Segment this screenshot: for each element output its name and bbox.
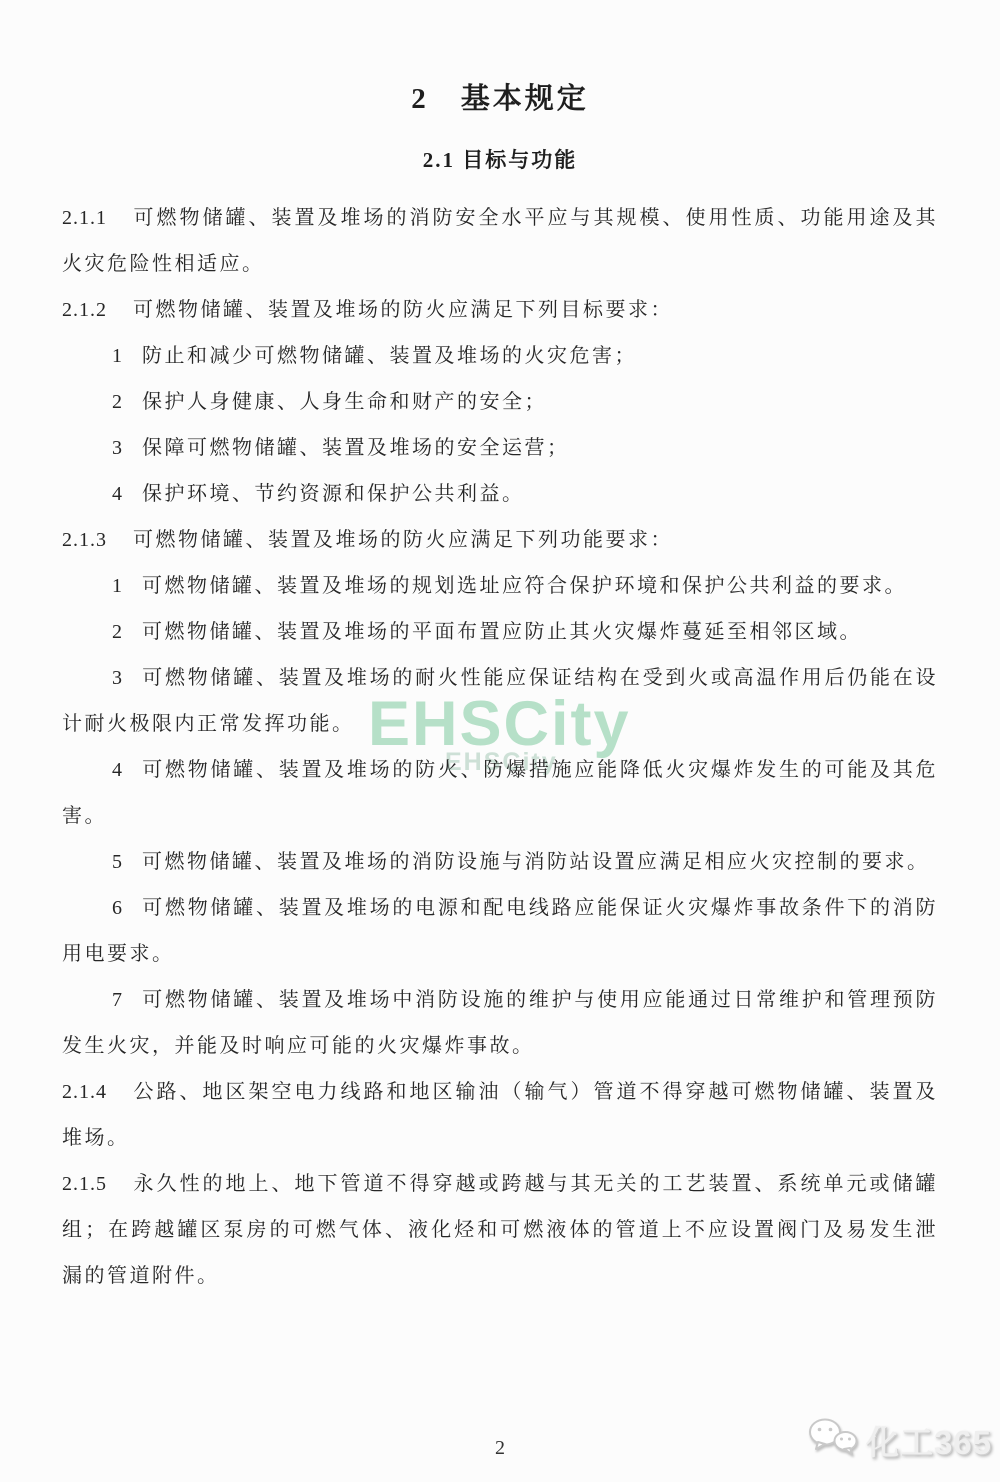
item-2.1.3-2: 2可燃物储罐、装置及堆场的平面布置应防止其火灾爆炸蔓延至相邻区域。 [62,609,938,655]
item-2.1.3-4: 4可燃物储罐、装置及堆场的防火、防爆措施应能降低火灾爆炸发生的可能及其危害。 [62,747,938,839]
page-title: 2 基本规定 [0,0,1000,117]
document-page: EHSCity EHSCity 2 基本规定 2.1 目标与功能 2.1.1可燃… [0,0,1000,1482]
item-number: 4 [112,759,122,781]
item-2.1.3-1: 1可燃物储罐、装置及堆场的规划选址应符合保护环境和保护公共利益的要求。 [62,563,938,609]
item-text: 可燃物储罐、装置及堆场的电源和配电线路应能保证火灾爆炸事故条件下的消防用电要求。 [62,897,938,965]
para-2.1.1: 2.1.1可燃物储罐、装置及堆场的消防安全水平应与其规模、使用性质、功能用途及其… [62,195,938,287]
item-text: 可燃物储罐、装置及堆场的防火、防爆措施应能降低火灾爆炸发生的可能及其危害。 [62,759,938,827]
item-number: 4 [112,483,122,505]
item-text: 可燃物储罐、装置及堆场的耐火性能应保证结构在受到火或高温作用后仍能在设计耐火极限… [62,667,938,735]
item-2.1.2-2: 2保护人身健康、人身生命和财产的安全； [62,379,938,425]
item-2.1.2-4: 4保护环境、节约资源和保护公共利益。 [62,471,938,517]
item-2.1.3-3: 3可燃物储罐、装置及堆场的耐火性能应保证结构在受到火或高温作用后仍能在设计耐火极… [62,655,938,747]
item-number: 7 [112,989,122,1011]
item-number: 6 [112,897,122,919]
item-2.1.3-5: 5可燃物储罐、装置及堆场的消防设施与消防站设置应满足相应火灾控制的要求。 [62,839,938,885]
item-2.1.2-1: 1防止和减少可燃物储罐、装置及堆场的火灾危害； [62,333,938,379]
item-number: 2 [112,621,122,643]
item-text: 保护人身健康、人身生命和财产的安全； [142,391,547,413]
clause-text: 公路、地区架空电力线路和地区输油（输气）管道不得穿越可燃物储罐、装置及堆场。 [62,1081,938,1149]
item-number: 1 [112,575,122,597]
clause-text: 可燃物储罐、装置及堆场的防火应满足下列目标要求： [133,299,673,321]
item-text: 保护环境、节约资源和保护公共利益。 [142,483,525,505]
clause-number: 2.1.3 [62,529,107,551]
clause-text: 可燃物储罐、装置及堆场的消防安全水平应与其规模、使用性质、功能用途及其火灾危险性… [62,207,938,275]
para-2.1.3: 2.1.3可燃物储罐、装置及堆场的防火应满足下列功能要求： [62,517,938,563]
page-number: 2 [0,1437,1000,1460]
item-text: 保障可燃物储罐、装置及堆场的安全运营； [142,437,570,459]
clause-text: 永久性的地上、地下管道不得穿越或跨越与其无关的工艺装置、系统单元或储罐组；在跨越… [62,1173,938,1287]
item-number: 1 [112,345,122,367]
clause-number: 2.1.1 [62,207,107,229]
item-text: 防止和减少可燃物储罐、装置及堆场的火灾危害； [142,345,637,367]
para-2.1.5: 2.1.5永久性的地上、地下管道不得穿越或跨越与其无关的工艺装置、系统单元或储罐… [62,1161,938,1299]
item-2.1.3-6: 6可燃物储罐、装置及堆场的电源和配电线路应能保证火灾爆炸事故条件下的消防用电要求… [62,885,938,977]
item-number: 5 [112,851,122,873]
item-text: 可燃物储罐、装置及堆场的规划选址应符合保护环境和保护公共利益的要求。 [142,575,907,597]
document-body: 2.1.1可燃物储罐、装置及堆场的消防安全水平应与其规模、使用性质、功能用途及其… [62,195,938,1299]
clause-number: 2.1.2 [62,299,107,321]
item-text: 可燃物储罐、装置及堆场的消防设施与消防站设置应满足相应火灾控制的要求。 [142,851,930,873]
para-2.1.2: 2.1.2可燃物储罐、装置及堆场的防火应满足下列目标要求： [62,287,938,333]
item-number: 2 [112,391,122,413]
item-text: 可燃物储罐、装置及堆场中消防设施的维护与使用应能通过日常维护和管理预防发生火灾，… [62,989,938,1057]
item-text: 可燃物储罐、装置及堆场的平面布置应防止其火灾爆炸蔓延至相邻区域。 [142,621,862,643]
section-title: 2.1 目标与功能 [0,144,1000,174]
item-2.1.3-7: 7可燃物储罐、装置及堆场中消防设施的维护与使用应能通过日常维护和管理预防发生火灾… [62,977,938,1069]
item-number: 3 [112,667,122,689]
item-number: 3 [112,437,122,459]
item-2.1.2-3: 3保障可燃物储罐、装置及堆场的安全运营； [62,425,938,471]
para-2.1.4: 2.1.4公路、地区架空电力线路和地区输油（输气）管道不得穿越可燃物储罐、装置及… [62,1069,938,1161]
clause-number: 2.1.5 [62,1173,107,1195]
clause-number: 2.1.4 [62,1081,107,1103]
clause-text: 可燃物储罐、装置及堆场的防火应满足下列功能要求： [133,529,673,551]
